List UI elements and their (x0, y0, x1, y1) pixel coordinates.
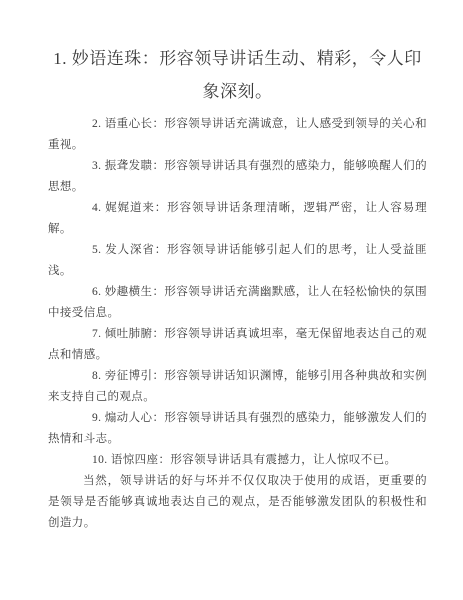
list-item-7: 7. 倾吐肺腑：形容领导讲话真诚坦率，毫无保留地表达自己的观点和情感。 (48, 324, 427, 366)
list-item-8: 8. 旁征博引：形容领导讲话知识渊博，能够引用各种典故和实例来支持自己的观点。 (48, 366, 427, 408)
closing-paragraph: 当然，领导讲话的好与坏并不仅仅取决于使用的成语，更重要的是领导是否能够真诚地表达… (48, 471, 427, 534)
list-item-10: 10. 语惊四座：形容领导讲话具有震撼力，让人惊叹不已。 (48, 450, 427, 471)
list-item-4: 4. 娓娓道来：形容领导讲话条理清晰，逻辑严密，让人容易理解。 (48, 198, 427, 240)
list-item-3: 3. 振聋发聩：形容领导讲话具有强烈的感染力，能够唤醒人们的思想。 (48, 156, 427, 198)
list-item-5: 5. 发人深省：形容领导讲话能够引起人们的思考，让人受益匪浅。 (48, 240, 427, 282)
list-item-2: 2. 语重心长：形容领导讲话充满诚意，让人感受到领导的关心和重视。 (48, 114, 427, 156)
list-item-9: 9. 煽动人心：形容领导讲话具有强烈的感染力，能够激发人们的热情和斗志。 (48, 408, 427, 450)
heading-item-1: 1. 妙语连珠：形容领导讲话生动、精彩，令人印象深刻。 (48, 42, 427, 108)
list-item-6: 6. 妙趣横生：形容领导讲话充满幽默感，让人在轻松愉快的氛围中接受信息。 (48, 282, 427, 324)
document-page: 1. 妙语连珠：形容领导讲话生动、精彩，令人印象深刻。 2. 语重心长：形容领导… (0, 0, 463, 600)
